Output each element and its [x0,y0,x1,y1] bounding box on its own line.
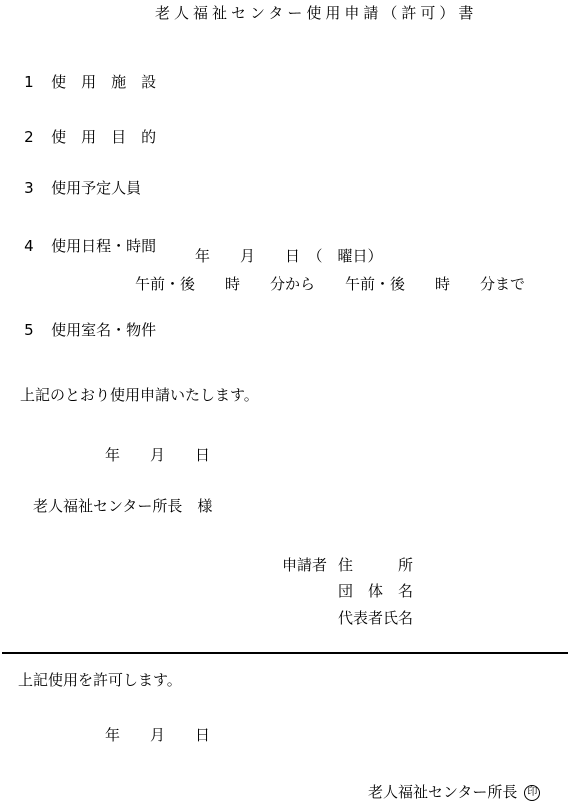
organization-field-label: 団 体 名 [338,583,413,600]
attendance-item-number: 3 [24,180,51,197]
attendance-item: 3使用予定人員 [5,163,141,214]
application-date-fill-line: 年 月 日 [105,447,210,464]
room-item-label: 使用室名・物件 [51,321,156,339]
form-title: 老人福祉センター使用申請（許可）書 [155,5,477,22]
facility-item: 1使 用 施 設 [5,57,156,108]
room-item-number: 5 [24,322,51,339]
attendance-item-label: 使用予定人員 [51,179,141,197]
schedule-item-number: 4 [24,238,51,255]
purpose-item-label: 使 用 目 的 [51,128,156,146]
schedule-item: 4使用日程・時間 [5,221,156,272]
approval-statement: 上記使用を許可します。 [18,672,182,689]
schedule-time-fill-line: 午前・後 時 分から 午前・後 時 分まで [135,276,525,293]
address-field-label: 住 所 [338,557,413,574]
facility-item-number: 1 [24,74,51,91]
purpose-item-number: 2 [24,129,51,146]
addressee-line: 老人福祉センター所長 様 [33,498,212,515]
section-divider-line [2,652,568,654]
schedule-date-fill-line: 年 月 日 （ 曜日） [195,248,383,265]
seal-mark-icon: 印 [524,785,540,801]
approver-title: 老人福祉センター所長 [368,784,517,801]
approval-date-fill-line: 年 月 日 [105,727,210,744]
schedule-item-label: 使用日程・時間 [51,237,156,255]
representative-field-label: 代表者氏名 [338,610,413,627]
facility-item-label: 使 用 施 設 [51,73,156,91]
approver-signature-row: 老人福祉センター所長 印 [368,784,540,801]
applicant-label: 申請者 [282,557,327,574]
purpose-item: 2使 用 目 的 [5,112,156,163]
application-statement: 上記のとおり使用申請いたします。 [20,387,259,404]
room-item: 5使用室名・物件 [5,305,156,356]
application-form-page: 老人福祉センター使用申請（許可）書 1使 用 施 設 2使 用 目 的 3使用予… [0,0,574,804]
